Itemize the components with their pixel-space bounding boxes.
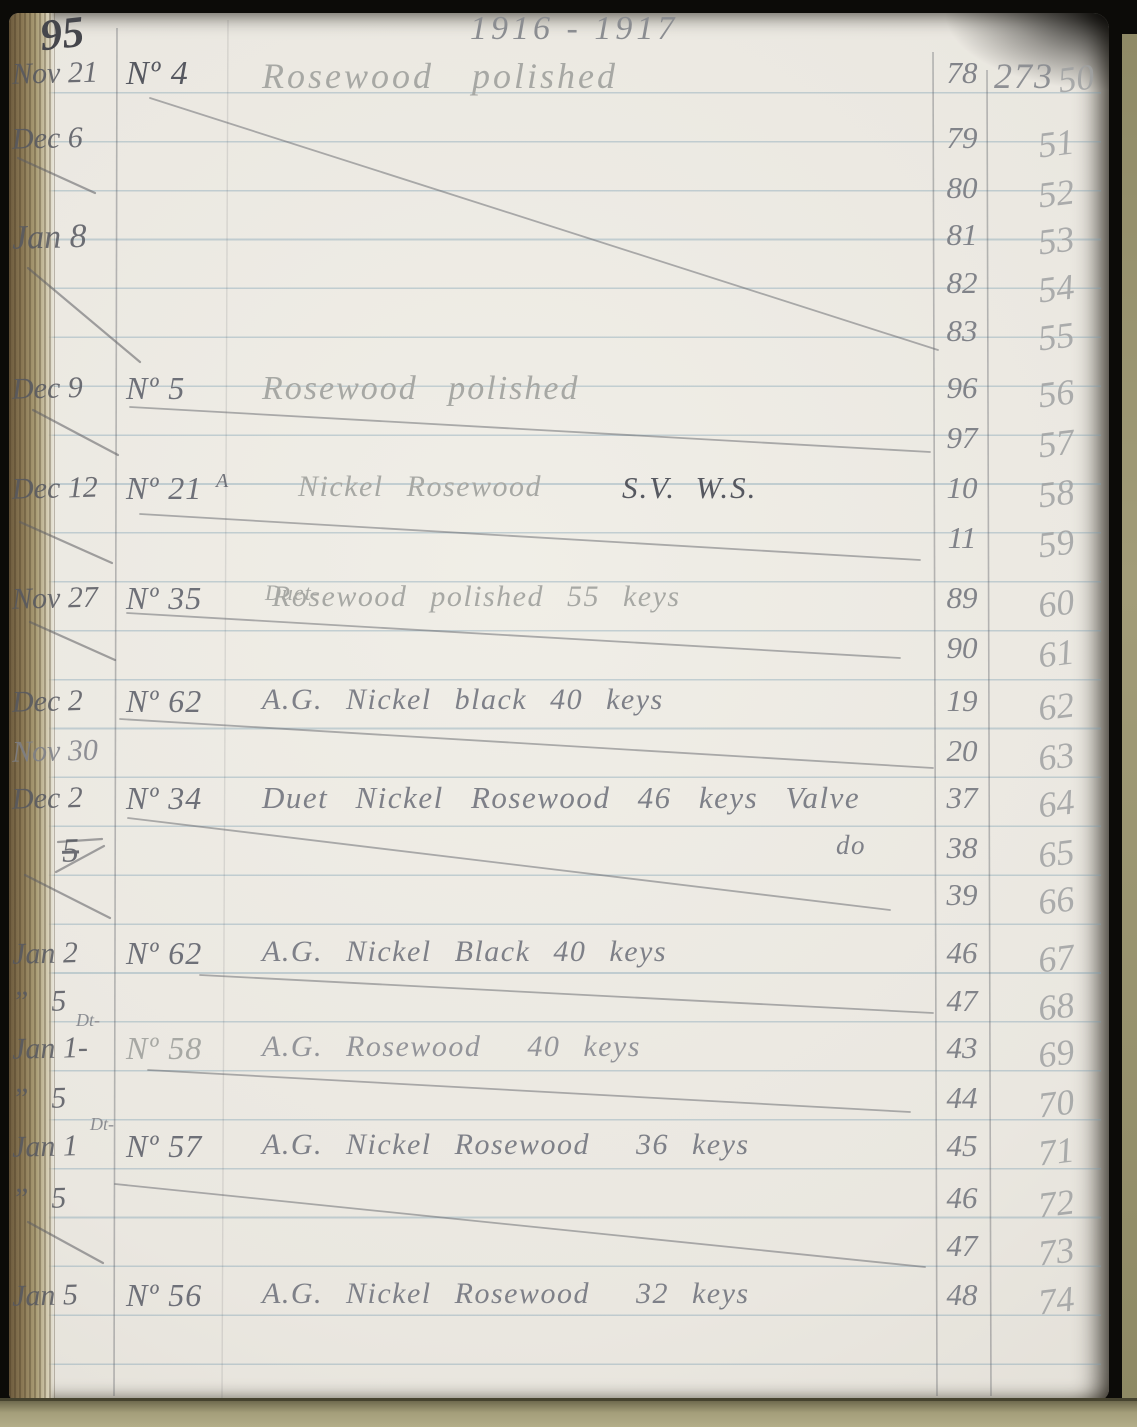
entry-serial: 61: [1036, 626, 1117, 677]
entry-serial: 59: [1036, 516, 1117, 567]
entry-qty: 96: [934, 370, 990, 406]
entry-date: ” 5: [12, 980, 228, 1020]
ledger-row: 97 57: [0, 420, 1137, 466]
year-heading: 1916 - 1917: [470, 10, 678, 48]
entry-date: Dec 9: [12, 367, 228, 407]
entry-model-no: Nº 21: [126, 470, 202, 507]
entry-qty: 46: [934, 1180, 990, 1216]
entry-serial: 52: [1036, 166, 1117, 217]
entry-qty: 37: [934, 780, 990, 816]
ledger-row: 82 54: [0, 265, 1137, 311]
entry-model-no: Nº 57: [126, 1128, 202, 1165]
entry-description: A.G. Nickel Rosewood 36 keys: [262, 1128, 750, 1162]
ledger-row: Dec 6 79 51: [0, 120, 1137, 166]
entry-qty: 47: [934, 983, 990, 1019]
ledger-row: ” 5 47 68: [0, 983, 1137, 1029]
entry-description: A.G. Rosewood 40 keys: [262, 1030, 641, 1064]
entry-date: Nov 21: [12, 52, 228, 92]
entry-date-crossed-out: 5: [62, 827, 278, 871]
ledger-page-photo: 95 1916 - 1917 Nov 21 Nº 4 Rosewood poli…: [0, 0, 1137, 1427]
entry-model-no: Nº 62: [126, 683, 202, 720]
ledger-row: Jan 1 Nº 57 A.G. Nickel Rosewood 36 keys…: [0, 1128, 1137, 1174]
date-annotation: Dt-: [76, 1010, 100, 1031]
entry-serial: 54: [1036, 261, 1117, 312]
entry-serial: 67: [1036, 931, 1117, 982]
entry-serial: 73: [1036, 1224, 1117, 1275]
ledger-row: Dec 2 Nº 34 Duet Nickel Rosewood 46 keys…: [0, 780, 1137, 826]
entry-qty: 80: [934, 170, 990, 206]
ledger-row: ” 5 46 72: [0, 1180, 1137, 1226]
ledger-row: Nov 27 Nº 35 Duet- Rosewood polished 55 …: [0, 580, 1137, 626]
entry-qty: 44: [934, 1080, 990, 1116]
entry-serial: 62: [1036, 679, 1117, 730]
entry-serial: 71: [1036, 1124, 1117, 1175]
entry-serial: 57: [1036, 416, 1117, 467]
entry-date: ” 5: [12, 1177, 228, 1217]
entry-description: Rosewood polished: [262, 55, 618, 97]
model-no-superscript: A: [216, 470, 228, 493]
entry-description: Duet Nickel Rosewood 46 keys Valve: [262, 780, 860, 816]
entry-serial: 50: [1056, 51, 1137, 102]
entry-qty: 97: [934, 420, 990, 456]
entry-model-no: Nº 4: [126, 55, 189, 93]
entry-qty: 11: [934, 520, 990, 556]
ledger-row: 90 61: [0, 630, 1137, 676]
ledger-row: Jan 8 81 53: [0, 217, 1137, 263]
ledger-row: 39 66: [0, 877, 1137, 923]
entry-serial: 69: [1036, 1026, 1117, 1077]
entry-serial: 68: [1036, 979, 1117, 1030]
ledger-row: ” 5 Dt- 44 70: [0, 1080, 1137, 1126]
entry-serial: 66: [1036, 873, 1117, 924]
entry-serial: 56: [1036, 366, 1117, 417]
entry-qty: 20: [934, 733, 990, 769]
entry-qty: 90: [934, 630, 990, 666]
entry-qty: 46: [934, 935, 990, 971]
entry-qty: 38: [934, 830, 990, 866]
entry-serial: 64: [1036, 776, 1117, 827]
entry-qty: 39: [934, 877, 990, 913]
entry-serial: 74: [1036, 1273, 1117, 1324]
entry-qty: 78: [934, 55, 990, 91]
ledger-row: 80 52: [0, 170, 1137, 216]
ditto-mark: do: [836, 830, 866, 861]
entry-description-extra: S.V. W.S.: [622, 470, 757, 506]
ledger-row: 5 do 38 65: [0, 830, 1137, 876]
entry-qty: 89: [934, 580, 990, 616]
entry-serial: 70: [1036, 1076, 1117, 1127]
entry-qty: 79: [934, 120, 990, 156]
entry-model-no: Nº 35: [126, 580, 202, 617]
ledger-row: Dec 9 Nº 5 Rosewood polished 96 56: [0, 370, 1137, 416]
ledger-row: Dec 12 Nº 21 A Nickel Rosewood S.V. W.S.…: [0, 470, 1137, 516]
entry-date: Dec 6: [12, 117, 228, 157]
entry-serial: 58: [1036, 466, 1117, 517]
entry-date: ” 5: [12, 1077, 228, 1117]
entry-model-no: Nº 5: [126, 370, 185, 407]
entry-amount: 273: [994, 55, 1054, 97]
entry-description: Rosewood polished 55 keys: [272, 580, 681, 614]
entry-serial: 72: [1036, 1176, 1117, 1227]
entry-model-no: Nº 62: [126, 935, 202, 972]
entry-date: Jan 8: [12, 214, 228, 258]
ledger-row: Jan 2 Nº 62 A.G. Nickel Black 40 keys 46…: [0, 935, 1137, 981]
entry-qty: 81: [934, 217, 990, 253]
entry-serial: 60: [1036, 576, 1117, 627]
ledger-row: 47 73: [0, 1228, 1137, 1274]
ledger-row: Jan 5 Nº 56 A.G. Nickel Rosewood 32 keys…: [0, 1277, 1137, 1323]
entry-qty: 47: [934, 1228, 990, 1264]
entry-model-no: Nº 56: [126, 1277, 202, 1314]
entry-qty: 82: [934, 265, 990, 301]
ledger-row: Jan 1- Dt- Nº 58 A.G. Rosewood 40 keys 4…: [0, 1030, 1137, 1076]
ledger-row: 11 59: [0, 520, 1137, 566]
entry-serial: 53: [1036, 213, 1117, 264]
page-number: 95: [37, 6, 86, 61]
entry-description: A.G. Nickel black 40 keys: [262, 683, 664, 717]
ledger-row: Nov 30 20 63: [0, 733, 1137, 779]
entry-model-no: Nº 58: [126, 1030, 202, 1067]
entry-qty: 19: [934, 683, 990, 719]
entry-serial: 55: [1036, 309, 1117, 360]
ledger-row: Dec 2 Nº 62 A.G. Nickel black 40 keys 19…: [0, 683, 1137, 729]
entry-description: A.G. Nickel Black 40 keys: [262, 935, 667, 969]
entry-description: A.G. Nickel Rosewood 32 keys: [262, 1277, 750, 1311]
entry-qty: 10: [934, 470, 990, 506]
entry-model-no: Nº 34: [126, 780, 202, 817]
entry-serial: 51: [1036, 116, 1117, 167]
entry-qty: 83: [934, 313, 990, 349]
entry-serial: 63: [1036, 729, 1117, 780]
ledger-row: Nov 21 Nº 4 Rosewood polished 78 273 50: [0, 55, 1137, 101]
entry-date: Nov 30: [12, 730, 228, 770]
entry-description: Rosewood polished: [262, 370, 579, 408]
entry-qty: 48: [934, 1277, 990, 1313]
entry-qty: 45: [934, 1128, 990, 1164]
entry-serial: 65: [1036, 826, 1117, 877]
entry-qty: 43: [934, 1030, 990, 1066]
ledger-row: 83 55: [0, 313, 1137, 359]
entry-description: Nickel Rosewood: [298, 470, 542, 504]
